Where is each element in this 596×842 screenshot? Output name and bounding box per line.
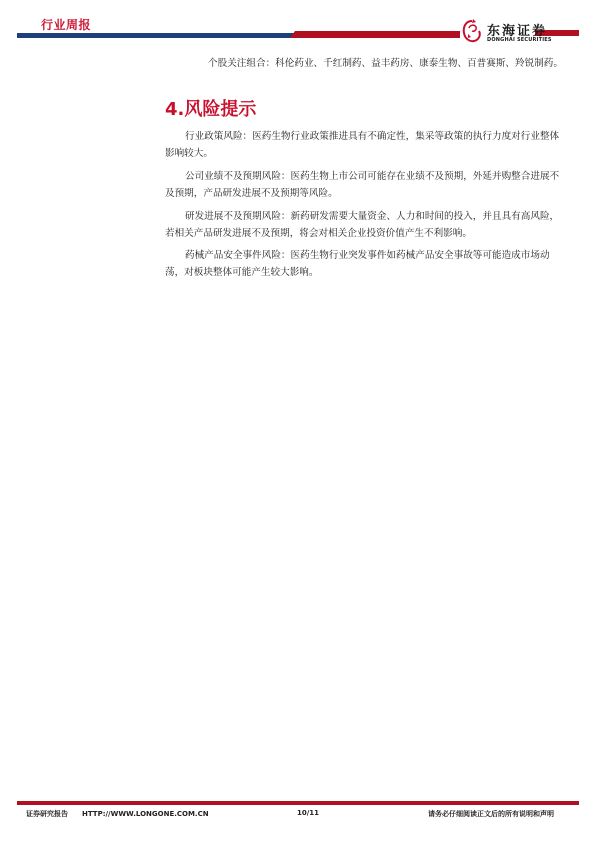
focus-portfolio-text: 个股关注组合：科伦药业、千红制药、益丰药房、康泰生物、百普赛斯、羚锐制药。 xyxy=(150,55,563,72)
company-logo: 东海证券 DONGHAI SECURITIES xyxy=(461,18,537,46)
footer-label: 证券研究报告 xyxy=(26,810,68,818)
header-divider-blue xyxy=(17,33,295,38)
header-divider-red xyxy=(290,31,460,38)
risk-policy: 行业政策风险：医药生物行业政策推进具有不确定性，集采等政策的执行力度对行业整体影… xyxy=(165,128,563,162)
footer-divider xyxy=(17,801,297,805)
report-type-label: 行业周报 xyxy=(41,16,91,33)
footer-url[interactable]: HTTP://WWW.LONGONE.COM.CN xyxy=(82,810,209,818)
dragon-logo-icon xyxy=(461,18,483,44)
risk-product-safety: 药械产品安全事件风险：医药生物行业突发事件如药械产品安全事故等可能造成市场动荡，… xyxy=(165,247,563,281)
risk-performance: 公司业绩不及预期风险：医药生物上市公司可能存在业绩不及预期，外延并购整合进展不及… xyxy=(165,168,563,202)
page-number: 10/11 xyxy=(297,809,319,817)
risk-rd-progress: 研发进展不及预期风险：新药研发需要大量资金、人力和时间的投入，并且具有高风险，若… xyxy=(165,208,563,242)
footer-divider-right xyxy=(290,801,579,805)
section-title: 4.风险提示 xyxy=(165,95,256,121)
footer-left: 证券研究报告HTTP://WWW.LONGONE.COM.CN xyxy=(26,809,223,819)
logo-english-name: DONGHAI SECURITIES xyxy=(487,37,552,43)
footer-disclaimer: 请务必仔细阅读正文后的所有说明和声明 xyxy=(428,809,554,819)
